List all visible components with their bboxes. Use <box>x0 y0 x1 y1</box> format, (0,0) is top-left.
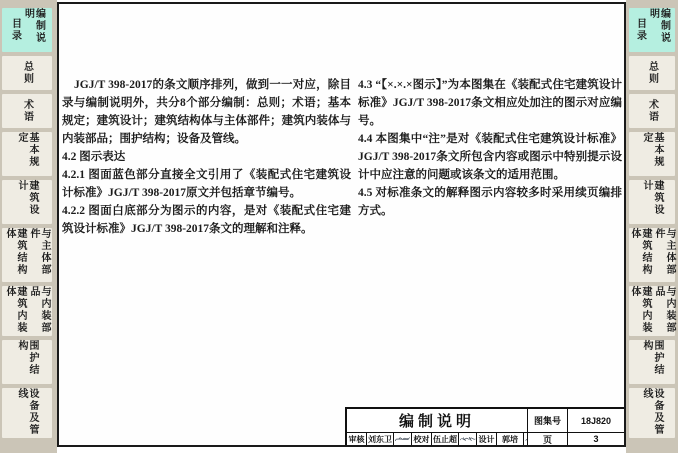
body-paragraph: 4.3 “【×.×.×图示】”为本图集在《装配式住宅建筑设计标准》JGJ/T 3… <box>358 76 622 130</box>
drawing-frame: JGJ/T 398-2017的条文顺序排列，做到一一对应，除目录与编制说明外，共… <box>57 2 626 447</box>
tab-zongze[interactable]: 总则 <box>629 56 675 90</box>
tab-label: 设备及管线 <box>641 388 663 438</box>
atlas-no-label: 图集号 <box>527 409 567 432</box>
tab-label: 建筑内装体 <box>4 286 26 336</box>
tab-shebei-guanxian[interactable]: 设备及管线 <box>2 388 52 438</box>
tab-jiben-guiding[interactable]: 基本规定 <box>2 132 52 176</box>
reviewer-signature <box>394 433 412 445</box>
proofreader-signature <box>459 433 477 445</box>
reviewer-name: 刘东卫 <box>367 433 394 445</box>
tab-zongze[interactable]: 总则 <box>2 56 52 90</box>
tab-label: 编制说明 <box>648 8 670 52</box>
tab-label: 基本规定 <box>16 132 38 176</box>
tab-jianzhu-sheji[interactable]: 建筑设计 <box>2 180 52 224</box>
proofreader-label: 校对 <box>412 433 432 445</box>
tab-label: 围护结构 <box>641 340 663 384</box>
tab-shuyu[interactable]: 术语 <box>2 94 52 128</box>
tab-label: 建筑结构体 <box>4 228 26 282</box>
tab-label: 总则 <box>22 61 33 85</box>
tab-jianzhu-neizhuangti[interactable]: 建筑内装体 与内装部品 <box>2 286 52 336</box>
tab-label: 建筑设计 <box>641 180 663 224</box>
body-paragraph: 4.5 对标准条文的解释图示内容较多时采用续页编排方式。 <box>358 184 622 220</box>
left-tab-strip: 目录 编制说明 总则 术语 基本规定 建筑设计 建筑结构体 与主体部件 建筑内装… <box>0 0 57 453</box>
tab-label: 建筑设计 <box>16 180 38 224</box>
tab-label: 术语 <box>22 99 33 123</box>
designer-name: 郭培 <box>497 433 524 445</box>
signature-scribble <box>394 433 411 445</box>
title-block: 编制说明 图集号 18J820 审核 刘东卫 校对 伍止超 设计 郭培 <box>345 407 624 445</box>
signature-scribble <box>459 433 476 445</box>
body-paragraph: 4.4 本图集中“注”是对《装配式住宅建筑设计标准》JGJ/T 398-2017… <box>358 130 622 184</box>
tab-label: 建筑结构体 <box>629 228 651 282</box>
tab-label: 与内装部品 <box>653 286 675 336</box>
tab-jianzhu-jiegouti[interactable]: 建筑结构体 与主体部件 <box>629 228 675 282</box>
body-paragraph: JGJ/T 398-2017的条文顺序排列，做到一一对应，除目录与编制说明外，共… <box>62 76 351 148</box>
atlas-no-value: 18J820 <box>567 409 624 432</box>
tab-label: 编制说明 <box>23 8 45 52</box>
sheet-title: 编制说明 <box>347 409 527 432</box>
text-column-left: JGJ/T 398-2017的条文顺序排列，做到一一对应，除目录与编制说明外，共… <box>62 76 351 238</box>
tab-shebei-guanxian[interactable]: 设备及管线 <box>629 388 675 438</box>
proofreader-name: 伍止超 <box>432 433 459 445</box>
body-paragraph: 4.2.1 图面蓝色部分直接全文引用了《装配式住宅建筑设计标准》JGJ/T 39… <box>62 166 351 202</box>
tab-label: 术语 <box>647 99 658 123</box>
tab-label: 与主体部件 <box>28 228 50 282</box>
tab-jiben-guiding[interactable]: 基本规定 <box>629 132 675 176</box>
body-paragraph: 4.2.2 图面白底部分为图示的内容，是对《装配式住宅建筑设计标准》JGJ/T … <box>62 202 351 238</box>
page-label: 页 <box>527 432 567 445</box>
reviewer-label: 审核 <box>347 433 367 445</box>
tab-mulu-bianzhishuoming[interactable]: 目录 编制说明 <box>629 8 675 52</box>
tab-label: 设备及管线 <box>16 388 38 438</box>
tab-shuyu[interactable]: 术语 <box>629 94 675 128</box>
tab-label: 围护结构 <box>16 340 38 384</box>
tab-jianzhu-neizhuangti[interactable]: 建筑内装体 与内装部品 <box>629 286 675 336</box>
tab-weihu-jiegou[interactable]: 围护结构 <box>2 340 52 384</box>
tab-jianzhu-sheji[interactable]: 建筑设计 <box>629 180 675 224</box>
tab-label: 基本规定 <box>641 132 663 176</box>
page-number: 3 <box>567 432 624 445</box>
tab-label: 目录 <box>10 18 21 42</box>
right-tab-strip: 目录 编制说明 总则 术语 基本规定 建筑设计 建筑结构体 与主体部件 建筑内装… <box>626 0 678 453</box>
text-column-right: 4.3 “【×.×.×图示】”为本图集在《装配式住宅建筑设计标准》JGJ/T 3… <box>358 76 622 220</box>
tab-weihu-jiegou[interactable]: 围护结构 <box>629 340 675 384</box>
tab-jianzhu-jiegouti[interactable]: 建筑结构体 与主体部件 <box>2 228 52 282</box>
tab-label: 与主体部件 <box>653 228 675 282</box>
tab-label: 总则 <box>647 61 658 85</box>
tab-label: 建筑内装体 <box>629 286 651 336</box>
tab-label: 目录 <box>635 18 646 42</box>
designer-label: 设计 <box>477 433 497 445</box>
section-heading: 4.2 图示表达 <box>62 148 351 166</box>
tab-label: 与内装部品 <box>28 286 50 336</box>
tab-mulu-bianzhishuoming[interactable]: 目录 编制说明 <box>2 8 52 52</box>
signer-row: 审核 刘东卫 校对 伍止超 设计 郭培 <box>347 432 527 445</box>
